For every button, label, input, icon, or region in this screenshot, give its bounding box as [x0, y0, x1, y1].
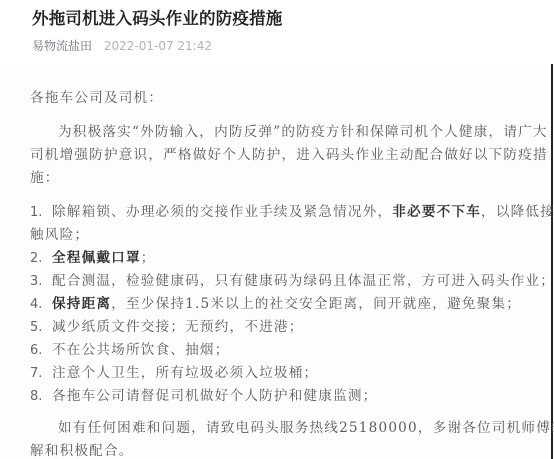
- emphasis: 非必要不下车: [392, 204, 481, 220]
- article-source-link[interactable]: 易物流盐田: [32, 39, 92, 53]
- list-item-1-continued: 触风险；: [30, 225, 89, 245]
- intro-line: 施：: [30, 168, 60, 188]
- intro-line: 司机增强防护意识，严格做好个人防护，进入码头作业主动配合做好以下防疫措: [30, 145, 548, 165]
- list-item-7: 7.注意个人卫生，所有垃圾必须入垃圾桶；: [30, 363, 318, 384]
- list-item-2: 2.全程佩戴口罩；: [30, 248, 156, 269]
- emphasis: 保持距离: [52, 296, 111, 312]
- article-meta: 易物流盐田 2022-01-07 21:42: [32, 38, 544, 54]
- closing-line: 如有任何困难和问题，请致电码头服务热线25180000，多谢各位司机师傅的理: [58, 418, 554, 438]
- closing-line: 解和积极配合。: [30, 441, 134, 459]
- list-item-3: 3.配合测温，检验健康码，只有健康码为绿码且体温正常，方可进入码头作业；: [30, 271, 554, 292]
- list-item-1: 1.除解箱锁、办理必须的交接作业手续及紧急情况外，非必要不下车，以降低接: [30, 202, 554, 223]
- notice-image: 各拖车公司及司机： 为积极落实“外防输入，内防反弹”的防疫方针和保障司机个人健康…: [0, 64, 554, 459]
- image-edge-border: [551, 64, 553, 459]
- notice-greeting: 各拖车公司及司机：: [30, 88, 163, 108]
- article-header: 外拖司机进入码头作业的防疫措施 易物流盐田 2022-01-07 21:42: [32, 6, 544, 54]
- list-item-8: 8.各拖车公司请督促司机做好个人防护和健康监测；: [30, 386, 377, 407]
- intro-line: 为积极落实“外防输入，内防反弹”的防疫方针和保障司机个人健康，请广大: [58, 122, 548, 142]
- list-item-4: 4.保持距离，至少保持1.5米以上的社交安全距离，间开就座，避免聚集；: [30, 294, 521, 315]
- list-item-6: 6.不在公共场所饮食、抽烟；: [30, 340, 230, 361]
- list-item-5: 5.减少纸质文件交接；无预约，不进港；: [30, 317, 304, 338]
- article-title: 外拖司机进入码头作业的防疫措施: [32, 6, 544, 32]
- emphasis: 全程佩戴口罩: [52, 250, 141, 266]
- article-date: 2022-01-07 21:42: [104, 39, 212, 53]
